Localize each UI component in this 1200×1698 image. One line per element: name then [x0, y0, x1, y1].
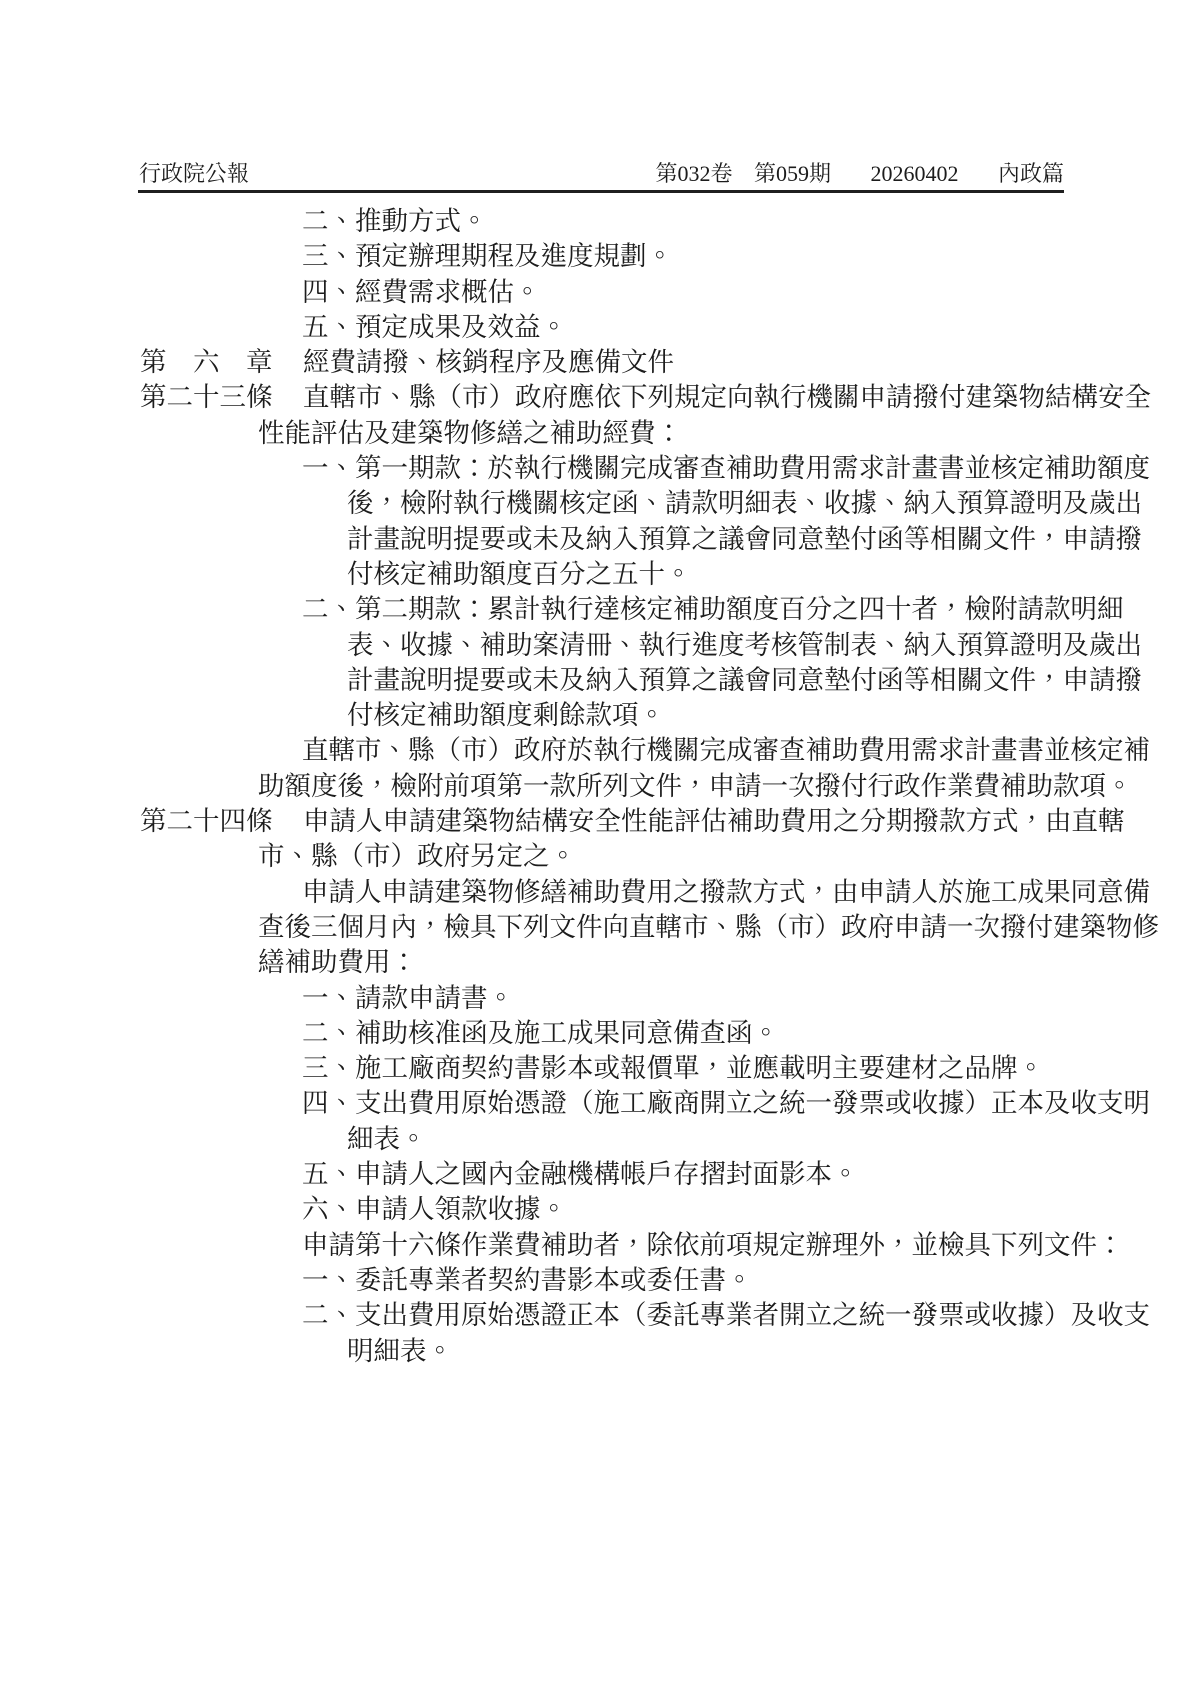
line-text: 申請人申請建築物修繕補助費用之撥款方式，由申請人於施工成果同意備 [302, 877, 1150, 907]
line-text: 繕補助費用： [258, 947, 417, 977]
wrap-line: 市、縣（市）政府另定之。 [0, 839, 1200, 874]
line-text: 申請第十六條作業費補助者，除依前項規定辦理外，並檢具下列文件： [302, 1230, 1124, 1260]
paragraph-line: 申請第十六條作業費補助者，除依前項規定辦理外，並檢具下列文件： [0, 1228, 1200, 1263]
header-rule [138, 190, 1064, 193]
list-item-line: 二、第二期款：累計執行達核定補助額度百分之四十者，檢附請款明細 [0, 592, 1200, 627]
list-item-line: 一、請款申請書。 [0, 981, 1200, 1016]
list-item-line: 二、推動方式。 [0, 204, 1200, 239]
document-body: 二、推動方式。三、預定辦理期程及進度規劃。四、經費需求概估。五、預定成果及效益。… [0, 204, 1200, 1369]
continuation-line: 付核定補助額度剩餘款項。 [0, 698, 1200, 733]
line-text: 明細表。 [347, 1336, 453, 1366]
line-text: 二、第二期款：累計執行達核定補助額度百分之四十者，檢附請款明細 [302, 594, 1124, 624]
paragraph-line: 申請人申請建築物修繕補助費用之撥款方式，由申請人於施工成果同意備 [0, 875, 1200, 910]
wrap-line: 查後三個月內，檢具下列文件向直轄市、縣（市）政府申請一次撥付建築物修 [0, 910, 1200, 945]
list-item-line: 三、施工廠商契約書影本或報價單，並應載明主要建材之品牌。 [0, 1051, 1200, 1086]
line-text: 一、請款申請書。 [302, 983, 514, 1013]
paragraph-line: 直轄市、縣（市）政府於執行機關完成審查補助費用需求計畫書並核定補 [0, 733, 1200, 768]
list-item-line: 一、委託專業者契約書影本或委任書。 [0, 1263, 1200, 1298]
line-text: 計畫說明提要或未及納入預算之議會同意墊付函等相關文件，申請撥 [347, 665, 1142, 695]
line-text: 申請人申請建築物結構安全性能評估補助費用之分期撥款方式，由直轄 [303, 806, 1125, 836]
line-text: 五、申請人之國內金融機構帳戶存摺封面影本。 [302, 1159, 859, 1189]
line-text: 二、補助核准函及施工成果同意備查函。 [302, 1018, 779, 1048]
chapter-label: 第 六 章 [140, 345, 303, 380]
article-number-label: 第二十三條 [140, 380, 303, 415]
line-text: 直轄市、縣（市）政府應依下列規定向執行機關申請撥付建築物結構安全 [303, 382, 1151, 412]
line-text: 計畫說明提要或未及納入預算之議會同意墊付函等相關文件，申請撥 [347, 524, 1142, 554]
article-line: 第二十三條直轄市、縣（市）政府應依下列規定向執行機關申請撥付建築物結構安全 [0, 380, 1200, 415]
list-item-line: 三、預定辦理期程及進度規劃。 [0, 239, 1200, 274]
wrap-line: 助額度後，檢附前項第一款所列文件，申請一次撥付行政作業費補助款項。 [0, 769, 1200, 804]
continuation-line: 表、收據、補助案清冊、執行進度考核管制表、納入預算證明及歲出 [0, 628, 1200, 663]
line-text: 二、推動方式。 [302, 206, 488, 236]
line-text: 四、支出費用原始憑證（施工廠商開立之統一發票或收據）正本及收支明 [302, 1088, 1150, 1118]
continuation-line: 計畫說明提要或未及納入預算之議會同意墊付函等相關文件，申請撥 [0, 663, 1200, 698]
wrap-line: 性能評估及建築物修繕之補助經費： [0, 416, 1200, 451]
line-text: 細表。 [347, 1124, 427, 1154]
continuation-line: 細表。 [0, 1122, 1200, 1157]
list-item-line: 五、申請人之國內金融機構帳戶存摺封面影本。 [0, 1157, 1200, 1192]
continuation-line: 付核定補助額度百分之五十。 [0, 557, 1200, 592]
article-number-label: 第二十四條 [140, 804, 303, 839]
line-text: 市、縣（市）政府另定之。 [258, 841, 576, 871]
line-text: 二、支出費用原始憑證正本（委託專業者開立之統一發票或收據）及收支 [302, 1300, 1150, 1330]
issue-info: 第032卷 第059期 20260402 內政篇 [655, 162, 1064, 186]
continuation-line: 計畫說明提要或未及納入預算之議會同意墊付函等相關文件，申請撥 [0, 522, 1200, 557]
page-header: 行政院公報 第032卷 第059期 20260402 內政篇 [139, 162, 1064, 186]
list-item-line: 一、第一期款：於執行機關完成審查補助費用需求計畫書並核定補助額度 [0, 451, 1200, 486]
volume-number: 第032卷 [655, 162, 732, 186]
list-item-line: 六、申請人領款收據。 [0, 1192, 1200, 1227]
line-text: 後，檢附執行機關核定函、請款明細表、收據、納入預算證明及歲出 [347, 488, 1142, 518]
line-text: 性能評估及建築物修繕之補助經費： [258, 418, 682, 448]
list-item-line: 二、支出費用原始憑證正本（委託專業者開立之統一發票或收據）及收支 [0, 1298, 1200, 1333]
list-item-line: 四、經費需求概估。 [0, 275, 1200, 310]
line-text: 付核定補助額度百分之五十。 [347, 559, 692, 589]
line-text: 三、預定辦理期程及進度規劃。 [302, 241, 673, 271]
line-text: 查後三個月內，檢具下列文件向直轄市、縣（市）政府申請一次撥付建築物修 [258, 912, 1159, 942]
list-item-line: 二、補助核准函及施工成果同意備查函。 [0, 1016, 1200, 1051]
issue-date: 20260402 [870, 162, 958, 186]
line-text: 四、經費需求概估。 [302, 277, 541, 307]
list-item-line: 五、預定成果及效益。 [0, 310, 1200, 345]
line-text: 六、申請人領款收據。 [302, 1194, 567, 1224]
line-text: 表、收據、補助案清冊、執行進度考核管制表、納入預算證明及歲出 [347, 630, 1142, 660]
continuation-line: 後，檢附執行機關核定函、請款明細表、收據、納入預算證明及歲出 [0, 486, 1200, 521]
line-text: 三、施工廠商契約書影本或報價單，並應載明主要建材之品牌。 [302, 1053, 1044, 1083]
section-name: 內政篇 [998, 162, 1064, 186]
gazette-page: 行政院公報 第032卷 第059期 20260402 內政篇 二、推動方式。三、… [0, 0, 1200, 1698]
line-text: 付核定補助額度剩餘款項。 [347, 700, 665, 730]
chapter-line: 第 六 章經費請撥、核銷程序及應備文件 [0, 345, 1200, 380]
line-text: 直轄市、縣（市）政府於執行機關完成審查補助費用需求計畫書並核定補 [302, 735, 1150, 765]
article-line: 第二十四條申請人申請建築物結構安全性能評估補助費用之分期撥款方式，由直轄 [0, 804, 1200, 839]
continuation-line: 明細表。 [0, 1334, 1200, 1369]
publication-title: 行政院公報 [139, 162, 249, 186]
list-item-line: 四、支出費用原始憑證（施工廠商開立之統一發票或收據）正本及收支明 [0, 1086, 1200, 1121]
line-text: 一、第一期款：於執行機關完成審查補助費用需求計畫書並核定補助額度 [302, 453, 1150, 483]
wrap-line: 繕補助費用： [0, 945, 1200, 980]
line-text: 助額度後，檢附前項第一款所列文件，申請一次撥付行政作業費補助款項。 [258, 771, 1133, 801]
issue-number: 第059期 [754, 162, 831, 186]
line-text: 經費請撥、核銷程序及應備文件 [303, 347, 674, 377]
line-text: 五、預定成果及效益。 [302, 312, 567, 342]
line-text: 一、委託專業者契約書影本或委任書。 [302, 1265, 753, 1295]
